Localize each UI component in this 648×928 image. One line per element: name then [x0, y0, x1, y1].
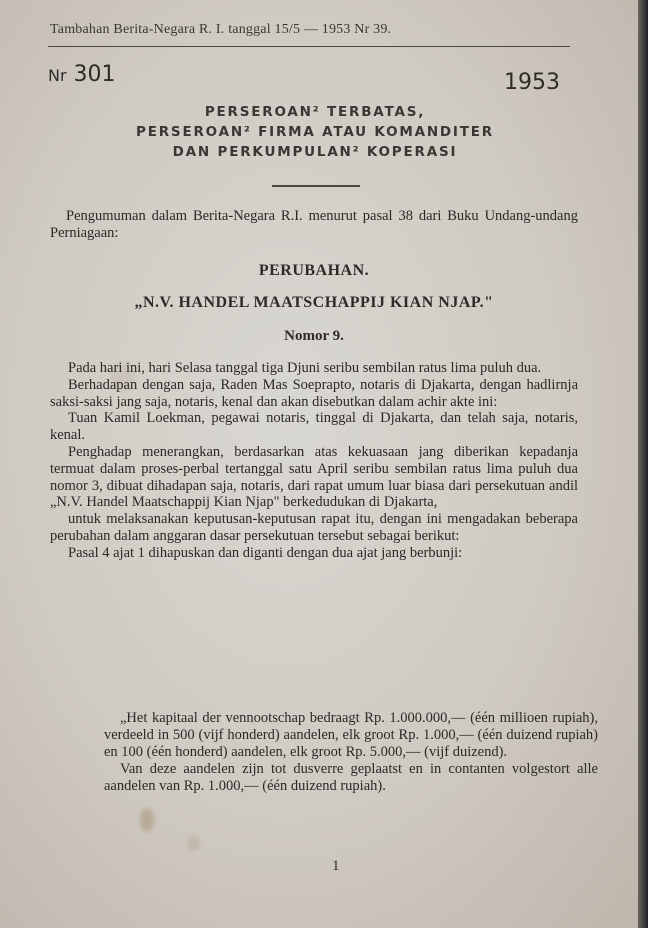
paragraph: Tuan Kamil Loekman, pegawai notaris, tin… [50, 410, 578, 444]
nr-value: 301 [74, 62, 116, 87]
quoted-article: „Het kapitaal der vennootschap bedraagt … [104, 710, 598, 795]
paragraph: Pada hari ini, hari Selasa tanggal tiga … [50, 360, 578, 377]
paper-stain [188, 836, 200, 850]
document-page: Tambahan Berita-Negara R. I. tanggal 15/… [0, 0, 638, 928]
paragraph: Penghadap menerangkan, berdasarkan atas … [50, 444, 578, 511]
paragraph: Pasal 4 ajat 1 dihapuskan dan diganti de… [50, 545, 578, 562]
section-heading-line: PERSEROAN² TERBATAS, [60, 102, 570, 122]
quote-paragraph: „Het kapitaal der vennootschap bedraagt … [104, 710, 598, 761]
book-spine-edge [638, 0, 648, 928]
heading-divider [272, 185, 360, 187]
page-number: 1 [332, 858, 340, 875]
deed-number: Nomor 9. [50, 328, 578, 345]
notice-number: Nr 301 [48, 62, 116, 87]
running-head: Tambahan Berita-Negara R. I. tanggal 15/… [50, 22, 570, 38]
section-heading-line: PERSEROAN² FIRMA ATAU KOMANDITER [60, 122, 570, 142]
paragraph: untuk melaksanakan keputusan-keputusan r… [50, 511, 578, 545]
section-heading: PERSEROAN² TERBATAS, PERSEROAN² FIRMA AT… [60, 102, 570, 162]
amendment-title: PERUBAHAN. [50, 262, 578, 280]
quote-paragraph: Van deze aandelen zijn tot dusverre gepl… [104, 761, 598, 795]
section-heading-line: DAN PERKUMPULAN² KOPERASI [60, 142, 570, 162]
nr-prefix: Nr [48, 66, 67, 85]
notice-year: 1953 [504, 70, 560, 95]
company-name-title: „N.V. HANDEL MAATSCHAPPIJ KIAN NJAP." [50, 294, 578, 312]
intro-text: Pengumuman dalam Berita-Negara R.I. menu… [50, 208, 578, 242]
deed-body: Pada hari ini, hari Selasa tanggal tiga … [50, 360, 578, 562]
running-head-text: Tambahan Berita-Negara R. I. tanggal 15/… [50, 22, 391, 38]
intro-paragraph: Pengumuman dalam Berita-Negara R.I. menu… [50, 208, 578, 242]
paper-stain [140, 808, 154, 832]
header-rule [48, 46, 570, 47]
paragraph: Berhadapan dengan saja, Raden Mas Soepra… [50, 377, 578, 411]
